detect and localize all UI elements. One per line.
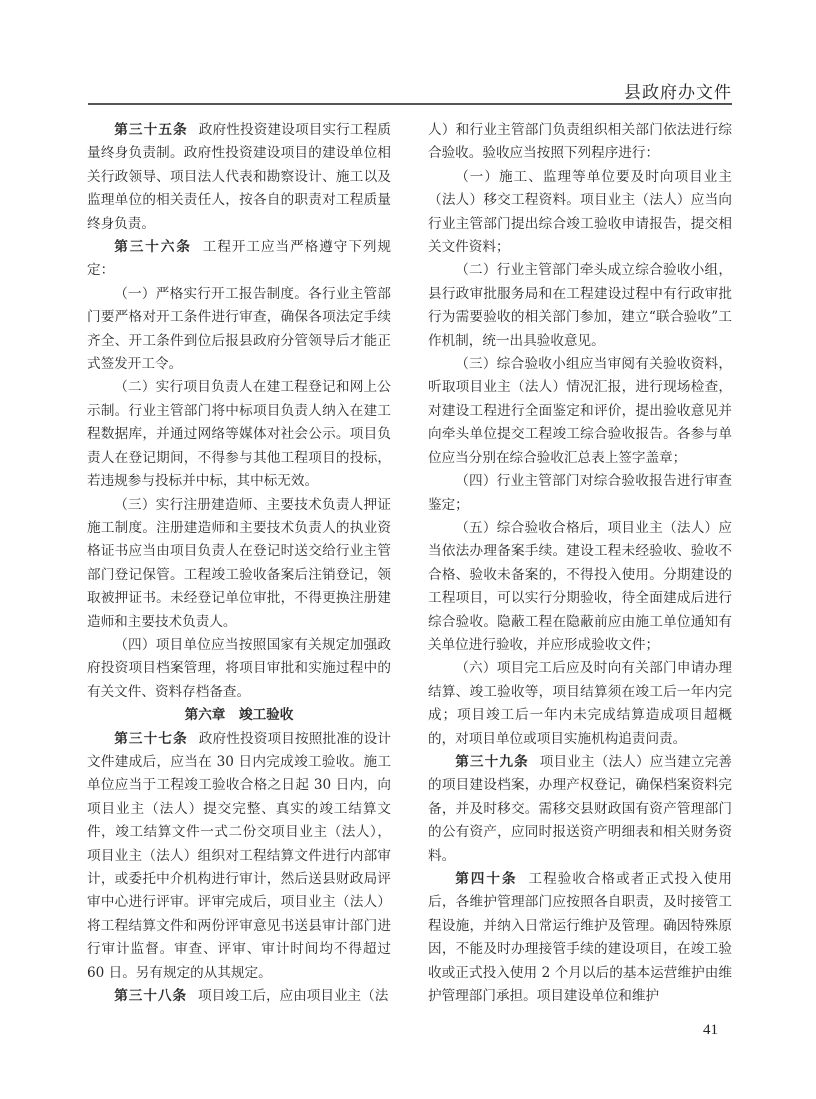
article-text: 政府性投资项目按照批准的设计文件建成后，应当在 30 日内完成竣工验收。施工单位… [87, 731, 391, 981]
article-label: 第四十条 [455, 871, 517, 887]
article-38-continued: 人）和行业主管部门负责组织相关部门依法进行综合验收。验收应当按照下列程序进行： [428, 119, 732, 166]
article-36: 第三十六条工程开工应当严格遵守下列规定： [87, 236, 391, 283]
clause: （三）综合验收小组应当审阅有关验收资料，听取项目业主（法人）情况汇报，进行现场检… [428, 353, 732, 470]
article-40: 第四十条工程验收合格或者正式投入使用后，各维护管理部门应按照各自职责，及时接管工… [428, 868, 732, 1008]
clause: （六）项目完工后应及时向有关部门申请办理结算、竣工验收等，项目结算须在竣工后一年… [428, 657, 732, 751]
article-label: 第三十五条 [114, 122, 188, 138]
article-37: 第三十七条政府性投资项目按照批准的设计文件建成后，应当在 30 日内完成竣工验收… [87, 728, 391, 985]
chapter-heading: 第六章 竣工验收 [87, 704, 391, 727]
article-35: 第三十五条政府性投资建设项目实行工程质量终身负责制。政府性投资建设项目的建设单位… [87, 119, 391, 236]
page-number: 41 [703, 1022, 718, 1039]
article-38: 第三十八条项目竣工后，应由项目业主（法 [87, 985, 391, 1008]
article-text: 项目业主（法人）应当建立完善的项目建设档案，办理产权登记，确保档案资料完备，并及… [428, 754, 732, 864]
article-label: 第三十七条 [114, 731, 188, 747]
right-column: 人）和行业主管部门负责组织相关部门依法进行综合验收。验收应当按照下列程序进行： … [428, 119, 732, 1008]
article-text: 工程验收合格或者正式投入使用后，各维护管理部门应按照各自职责，及时接管工程设施，… [428, 871, 732, 1004]
clause: （四）行业主管部门对综合验收报告进行审查鉴定； [428, 470, 732, 517]
article-39: 第三十九条项目业主（法人）应当建立完善的项目建设档案，办理产权登记，确保档案资料… [428, 751, 732, 868]
clause: （四）项目单位应当按照国家有关规定加强政府投资项目档案管理，将项目审批和实施过程… [87, 634, 391, 704]
header-title: 县政府办文件 [624, 78, 732, 103]
left-column: 第三十五条政府性投资建设项目实行工程质量终身负责制。政府性投资建设项目的建设单位… [87, 119, 391, 1008]
article-text: 政府性投资建设项目实行工程质量终身负责制。政府性投资建设项目的建设单位相关行政领… [87, 122, 391, 232]
article-label: 第三十九条 [455, 754, 529, 770]
clause: （二）实行项目负责人在建工程登记和网上公示制。行业主管部门将中标项目负责人纳入在… [87, 376, 391, 493]
clause: （三）实行注册建造师、主要技术负责人押证施工制度。注册建造师和主要技术负责人的执… [87, 494, 391, 634]
article-label: 第三十六条 [114, 239, 192, 255]
clause: （五）综合验收合格后，项目业主（法人）应当依法办理备案手续。建设工程未经验收、验… [428, 517, 732, 657]
article-label: 第三十八条 [114, 988, 187, 1004]
clause: （一）施工、监理等单位要及时向项目业主（法人）移交工程资料。项目业主（法人）应当… [428, 166, 732, 260]
header-rule [88, 103, 732, 105]
article-text: 项目竣工后，应由项目业主（法 [198, 988, 388, 1004]
clause: （一）严格实行开工报告制度。各行业主管部门要严格对开工条件进行审查，确保各项法定… [87, 283, 391, 377]
clause: （二）行业主管部门牵头成立综合验收小组，县行政审批服务局和在工程建设过程中有行政… [428, 259, 732, 353]
